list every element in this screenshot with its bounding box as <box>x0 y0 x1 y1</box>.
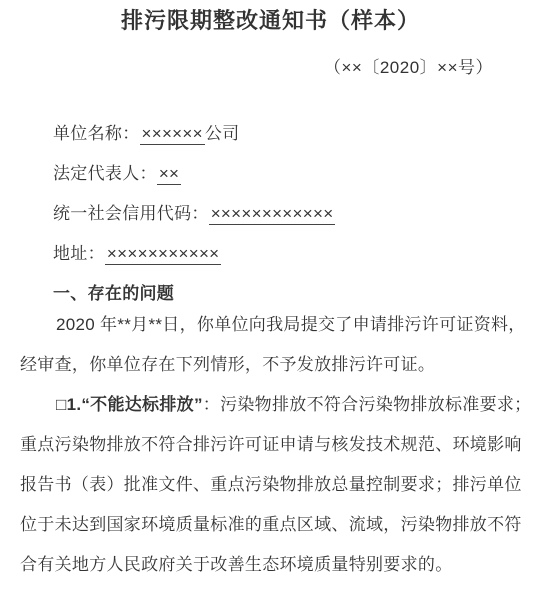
field-label: 地址： <box>53 244 105 263</box>
field-value-underline: ×× <box>157 164 181 185</box>
field-row-credit-code: 统一社会信用代码：×××××××××××× <box>20 194 520 234</box>
field-row-legal-representative: 法定代表人：×× <box>20 154 520 194</box>
document-body: 单位名称：××××××公司 法定代表人：×× 统一社会信用代码：××××××××… <box>0 114 541 585</box>
field-label: 法定代表人： <box>53 164 157 183</box>
field-value-underline: ×××××××××××× <box>209 204 336 225</box>
item-1-first-line: □1.“不能达标排放”：污染物排放不符合污染物排放标准要求； <box>20 385 520 425</box>
item-1-text-line: 重点污染物排放不符合排污许可证申请与核发技术规范、环境影响 <box>20 425 520 465</box>
checkbox-icon: □ <box>56 395 67 414</box>
item-1-text: ：污染物排放不符合污染物排放标准要求； <box>203 395 532 414</box>
item-1-text-line: 位于未达到国家环境质量标准的重点区域、流域，污染物排放不符 <box>20 505 520 545</box>
document-title: 排污限期整改通知书（样本） <box>0 0 541 34</box>
item-1-text-line: 合有关地方人民政府关于改善生态环境质量特别要求的。 <box>20 545 520 585</box>
field-label: 统一社会信用代码： <box>53 204 209 223</box>
field-list: 单位名称：××××××公司 法定代表人：×× 统一社会信用代码：××××××××… <box>20 114 520 274</box>
document-number: （××〔2020〕××号） <box>0 56 541 80</box>
paragraph-intro: 2020 年**月**日，你单位向我局提交了申请排污许可证资料， 经审查，你单位… <box>20 305 520 385</box>
paragraph-line: 经审查，你单位存在下列情形，不予发放排污许可证。 <box>20 345 520 385</box>
document-page: 排污限期整改通知书（样本） （××〔2020〕××号） 单位名称：××××××公… <box>0 0 541 600</box>
field-row-company-name: 单位名称：××××××公司 <box>20 114 520 154</box>
item-1-text-line: 报告书（表）批准文件、重点污染物排放总量控制要求；排污单位 <box>20 465 520 505</box>
field-row-address: 地址：××××××××××× <box>20 234 520 274</box>
field-value-underline: ×××××× <box>140 124 205 145</box>
field-suffix: 公司 <box>205 124 240 143</box>
field-value-underline: ××××××××××× <box>105 244 222 265</box>
field-label: 单位名称： <box>53 124 140 143</box>
paragraph-line: 2020 年**月**日，你单位向我局提交了申请排污许可证资料， <box>20 305 520 345</box>
item-1-title: 1.“不能达标排放” <box>67 395 203 414</box>
item-1: □1.“不能达标排放”：污染物排放不符合污染物排放标准要求； 重点污染物排放不符… <box>20 385 520 585</box>
